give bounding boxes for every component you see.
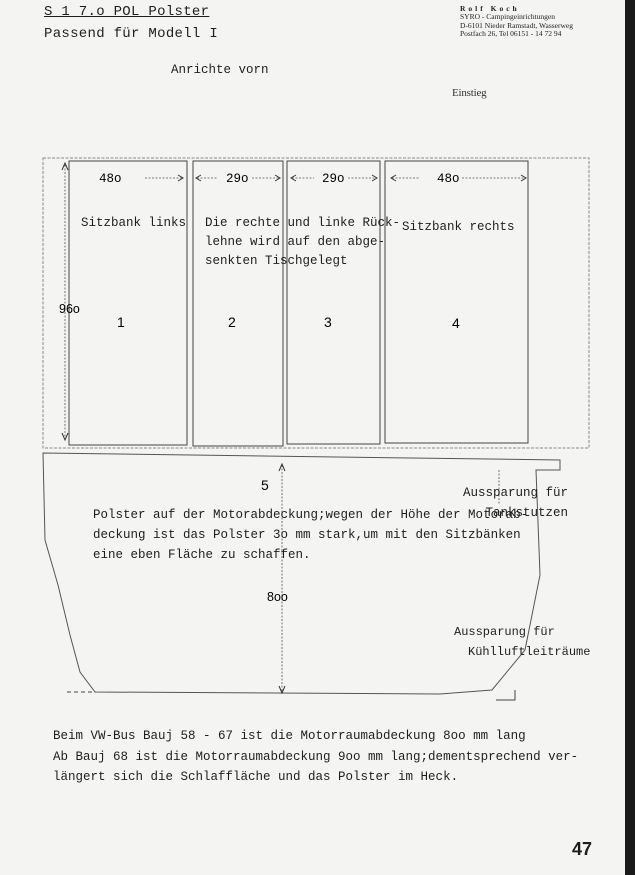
engine-note-line: deckung ist das Polster 3o mm stark,um m… <box>93 525 528 545</box>
cooling-cutout-label: Aussparung für Kühlluftleiträume <box>454 622 590 662</box>
backrest-note-line: Die rechte und linke Rück- <box>205 214 400 233</box>
tank-cutout-label: Aussparung für Tankstutzen <box>463 483 568 523</box>
cooling-cutout-line: Kühlluftleiträume <box>454 642 590 662</box>
part-number-4: 4 <box>452 315 460 331</box>
label-seat-left: Sitzbank links <box>81 214 186 233</box>
cooling-cutout-line: Aussparung für <box>454 625 555 639</box>
footer-line: Beim VW-Bus Bauj 58 - 67 ist die Motorra… <box>53 726 578 747</box>
label-seat-right: Sitzbank rechts <box>402 218 515 237</box>
page-number: 47 <box>572 839 592 860</box>
backrest-note-line: senkten Tischgelegt <box>205 252 400 271</box>
dim-depth: 96o <box>59 302 80 316</box>
model-year-note: Beim VW-Bus Bauj 58 - 67 ist die Motorra… <box>53 726 578 788</box>
dim-engine-cover-length: 8oo <box>267 590 288 604</box>
cushion-3-outline <box>287 161 380 444</box>
tank-cutout-line: Tankstutzen <box>463 503 568 523</box>
backrest-note-line: lehne wird auf den abge- <box>205 233 400 252</box>
footer-line: längert sich die Schlaffläche und das Po… <box>53 767 578 788</box>
part-number-1: 1 <box>117 314 125 330</box>
part-number-3: 3 <box>324 314 332 330</box>
dim-width-backrest-left: 29o <box>226 172 249 186</box>
outer-frame <box>43 158 589 448</box>
label-backrest-note: Die rechte und linke Rück- lehne wird au… <box>205 214 400 271</box>
dim-width-right-seat: 48o <box>437 172 460 186</box>
cushion-1-outline <box>69 161 187 445</box>
cushion-4-outline <box>385 161 528 443</box>
tank-cutout-line: Aussparung für <box>463 486 568 500</box>
dim-width-backrest-right: 29o <box>322 172 345 186</box>
cushion-2-outline <box>193 161 283 446</box>
part-number-5: 5 <box>261 477 269 493</box>
dim-width-left-seat: 48o <box>99 172 122 186</box>
footer-line: Ab Bauj 68 ist die Motorraumabdeckung 9o… <box>53 747 578 768</box>
engine-note-line: eine eben Fläche zu schaffen. <box>93 545 528 565</box>
part-number-2: 2 <box>228 314 236 330</box>
